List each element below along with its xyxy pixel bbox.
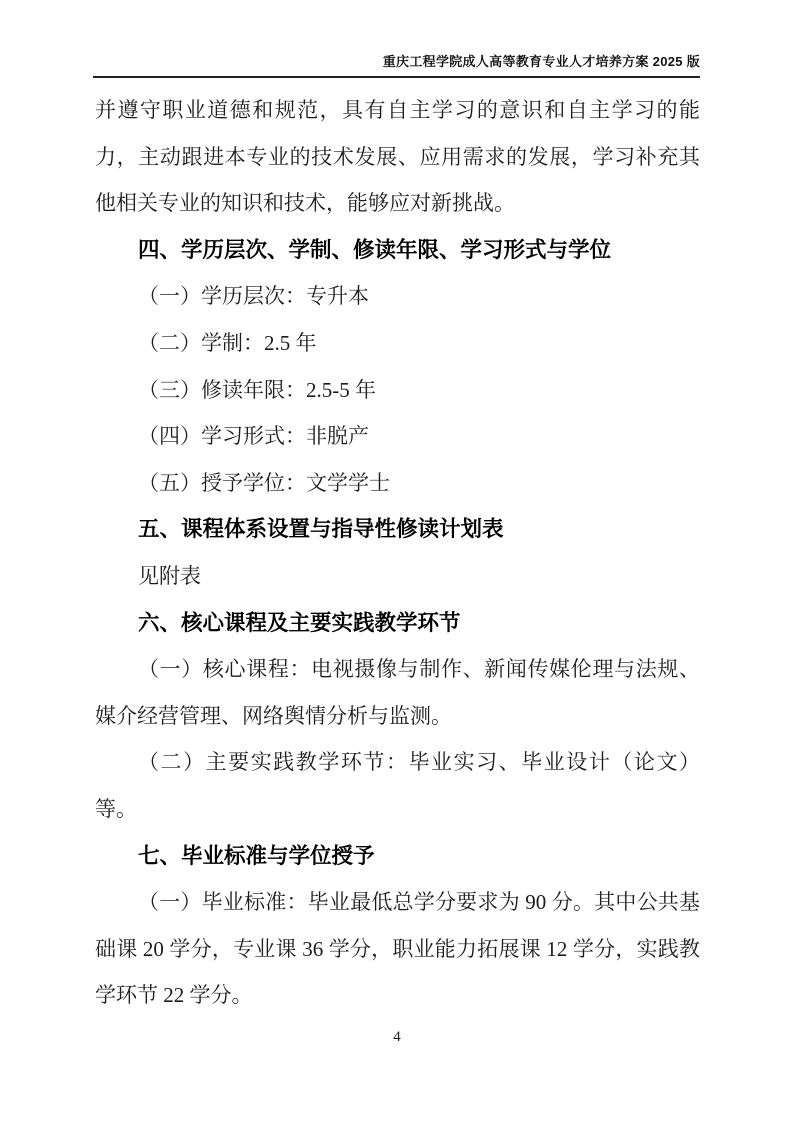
document-page: 重庆工程学院成人高等教育专业人才培养方案 2025 版 并遵守职业道德和规范，具… bbox=[0, 0, 794, 1122]
section7-heading: 七、毕业标准与学位授予 bbox=[95, 833, 700, 880]
section4-item-5: （五）授予学位：文学学士 bbox=[95, 460, 700, 507]
section4-item-2: （二）学制：2.5 年 bbox=[95, 320, 700, 367]
section7-paragraph-1: （一）毕业标准：毕业最低总学分要求为 90 分。其中公共基础课 20 学分，专业… bbox=[95, 879, 700, 1019]
page-number: 4 bbox=[393, 1029, 401, 1045]
page-header: 重庆工程学院成人高等教育专业人才培养方案 2025 版 bbox=[93, 54, 700, 78]
section6-paragraph-1: （一）核心课程：电视摄像与制作、新闻传媒伦理与法规、媒介经营管理、网络舆情分析与… bbox=[95, 646, 700, 739]
section6-heading: 六、核心课程及主要实践教学环节 bbox=[95, 600, 700, 647]
section4-item-4: （四）学习形式：非脱产 bbox=[95, 413, 700, 460]
section4-heading: 四、学历层次、学制、修读年限、学习形式与学位 bbox=[95, 227, 700, 274]
page-footer: 4 bbox=[0, 1028, 794, 1046]
intro-paragraph: 并遵守职业道德和规范，具有自主学习的意识和自主学习的能力，主动跟进本专业的技术发… bbox=[95, 87, 700, 227]
document-body: 并遵守职业道德和规范，具有自主学习的意识和自主学习的能力，主动跟进本专业的技术发… bbox=[95, 87, 700, 1019]
section6-paragraph-2: （二）主要实践教学环节：毕业实习、毕业设计（论文）等。 bbox=[95, 739, 700, 832]
section4-item-3: （三）修读年限：2.5-5 年 bbox=[95, 367, 700, 414]
section5-note: 见附表 bbox=[95, 553, 700, 600]
header-title: 重庆工程学院成人高等教育专业人才培养方案 2025 版 bbox=[383, 54, 700, 69]
section5-heading: 五、课程体系设置与指导性修读计划表 bbox=[95, 506, 700, 553]
section4-item-1: （一）学历层次：专升本 bbox=[95, 273, 700, 320]
